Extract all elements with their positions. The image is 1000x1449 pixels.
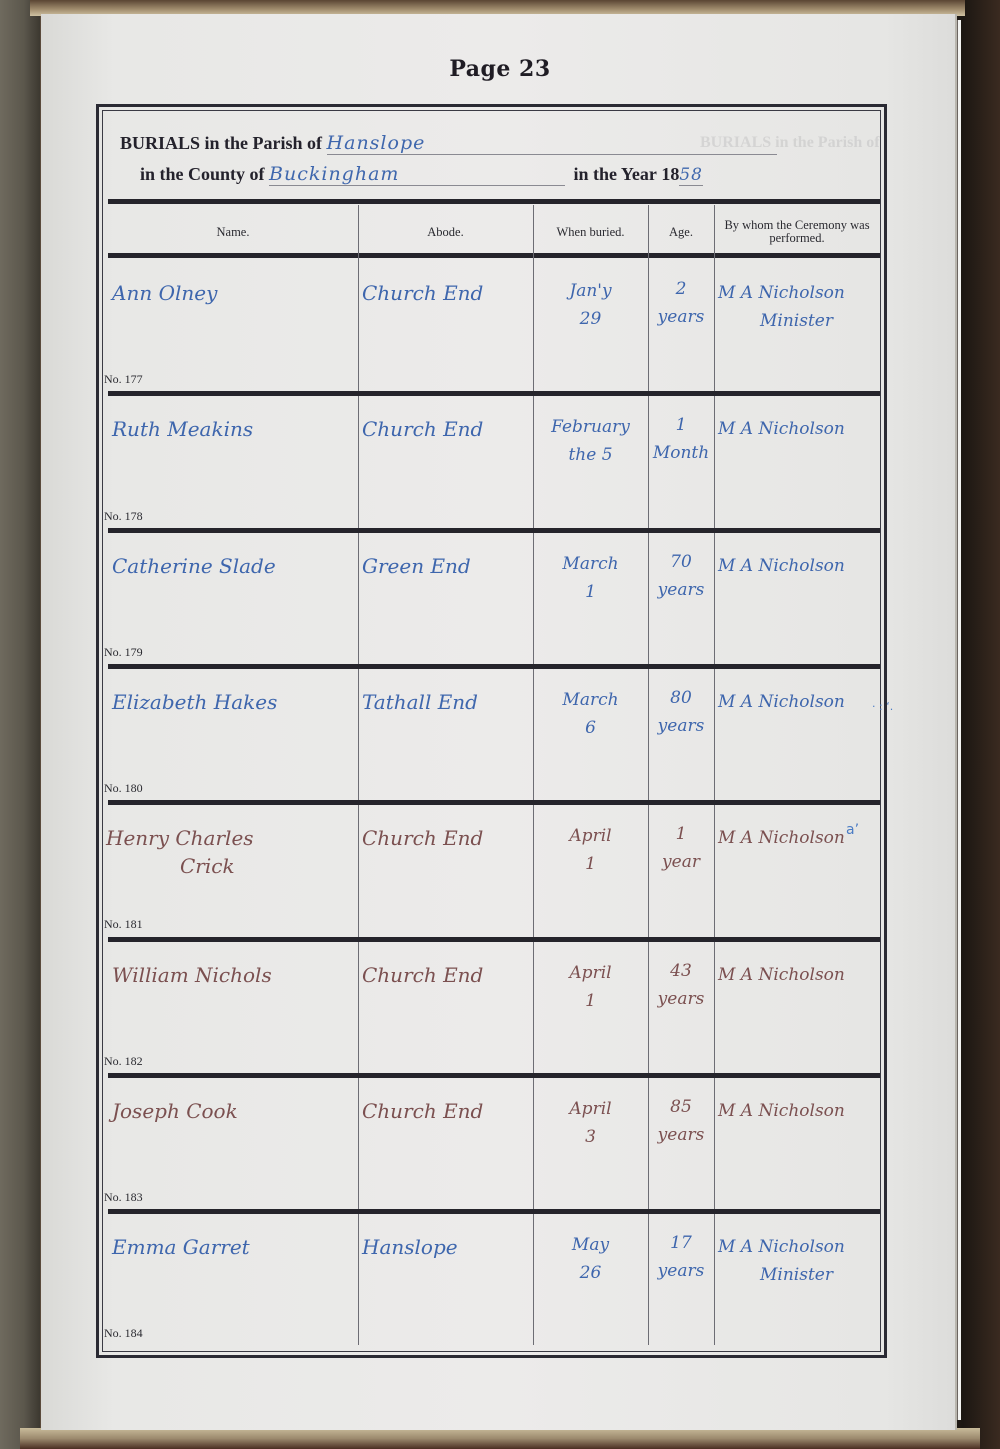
entry-number: No. 179: [104, 645, 143, 660]
table-row: Emma GarretHanslopeMay2617yearsM A Nicho…: [100, 1212, 882, 1348]
entry-when-buried-month: March: [533, 551, 648, 577]
entry-officiant-title: Minister: [760, 1262, 880, 1288]
entry-when-buried-month: April: [533, 960, 648, 986]
column-header-when-buried: When buried.: [533, 212, 648, 252]
entry-name: Emma Garret: [112, 1234, 362, 1260]
county-field: Buckingham: [269, 163, 565, 186]
entry-name: Henry Charles: [106, 825, 356, 851]
page-title: Page 23: [0, 56, 1000, 82]
heading-parish-label: in the Parish of: [205, 133, 323, 153]
entry-when-buried-day: 1: [533, 579, 648, 605]
entry-number: No. 178: [104, 509, 143, 524]
entry-abode: Church End: [362, 1098, 537, 1124]
entry-number: No. 180: [104, 781, 143, 796]
entry-abode: Church End: [362, 825, 537, 851]
heading-burials: BURIALS: [120, 133, 200, 153]
entry-age-unit: years: [648, 986, 714, 1012]
entry-age-value: 2: [648, 276, 714, 302]
entry-age-value: 17: [648, 1230, 714, 1256]
year-printed: 18: [661, 164, 679, 184]
entry-abode: Church End: [362, 280, 537, 306]
entry-name: Ann Olney: [112, 280, 362, 306]
entry-name: Ruth Meakins: [112, 416, 362, 442]
entry-abode: Green End: [362, 553, 537, 579]
entry-age-unit: years: [648, 1258, 714, 1284]
entry-when-buried-month: Jan'y: [533, 278, 648, 304]
entry-abode: Church End: [362, 962, 537, 988]
entry-abode: Hanslope: [362, 1234, 537, 1260]
parish-value: Hanslope: [327, 132, 426, 154]
year-handwritten: 58: [679, 165, 703, 185]
book-page-edges-bottom: [20, 1428, 980, 1449]
entry-when-buried-month: May: [533, 1232, 648, 1258]
page-edge: [957, 20, 961, 1420]
table-row: Henry CharlesCrickChurch EndApril11yearM…: [100, 803, 882, 939]
entry-officiant: M A Nicholson: [718, 280, 884, 306]
entry-when-buried-day: 26: [533, 1260, 648, 1286]
entry-officiant: M A Nicholson: [718, 1234, 884, 1260]
book-binding-left: [0, 0, 40, 1449]
entry-number: No. 177: [104, 372, 143, 387]
column-header-by-whom: By whom the Ceremony was performed.: [714, 212, 880, 252]
entry-officiant: M A Nicholson: [718, 962, 884, 988]
entry-name: Catherine Slade: [112, 553, 362, 579]
entry-when-buried-month: February: [533, 414, 648, 440]
entry-when-buried-day: 3: [533, 1124, 648, 1150]
entry-age-value: 1: [648, 412, 714, 438]
entry-age-unit: years: [648, 1122, 714, 1148]
heading-line-parish: BURIALS in the Parish of Hanslope: [120, 132, 777, 155]
entry-number: No. 183: [104, 1190, 143, 1205]
entry-age-unit: years: [648, 304, 714, 330]
table-row: Elizabeth HakesTathall EndMarch680yearsM…: [100, 667, 882, 803]
entry-number: No. 182: [104, 1054, 143, 1069]
entry-when-buried-day: the 5: [533, 442, 648, 468]
column-header-abode: Abode.: [358, 212, 533, 252]
entry-number: No. 181: [104, 917, 143, 932]
entry-name: Elizabeth Hakes: [112, 689, 362, 715]
entry-when-buried-month: April: [533, 1096, 648, 1122]
entry-age-value: 80: [648, 685, 714, 711]
entry-age-value: 43: [648, 958, 714, 984]
entry-officiant: M A Nicholson: [718, 689, 884, 715]
entry-when-buried-day: 1: [533, 988, 648, 1014]
entry-age-value: 1: [648, 821, 714, 847]
table-row: Catherine SladeGreen EndMarch170yearsM A…: [100, 531, 882, 667]
entry-name-line2: Crick: [180, 853, 350, 879]
entry-when-buried-day: 1: [533, 851, 648, 877]
entry-name: Joseph Cook: [112, 1098, 362, 1124]
entry-number: No. 184: [104, 1326, 143, 1341]
entry-officiant: M A Nicholson: [718, 553, 884, 579]
table-row: Joseph CookChurch EndApril385yearsM A Ni…: [100, 1076, 882, 1212]
entry-when-buried-day: 6: [533, 715, 648, 741]
entry-when-buried-month: March: [533, 687, 648, 713]
margin-ink-marks: · : ‘.: [872, 700, 893, 713]
parish-field: Hanslope: [327, 132, 777, 155]
column-header-name: Name.: [108, 212, 358, 252]
header-rule: [108, 199, 880, 204]
entry-age-unit: year: [648, 849, 714, 875]
entry-officiant: M A Nicholson: [718, 825, 884, 851]
entry-when-buried-day: 29: [533, 306, 648, 332]
table-row: Ruth MeakinsChurch EndFebruarythe 51Mont…: [100, 394, 882, 530]
column-header-age: Age.: [648, 212, 714, 252]
entry-age-unit: Month: [648, 440, 714, 466]
entry-name: William Nichols: [112, 962, 362, 988]
entry-age-unit: years: [648, 577, 714, 603]
margin-ink-marks: a’: [846, 822, 859, 838]
entry-officiant: M A Nicholson: [718, 1098, 884, 1124]
entry-abode: Tathall End: [362, 689, 537, 715]
entry-age-value: 70: [648, 549, 714, 575]
entry-age-value: 85: [648, 1094, 714, 1120]
entry-officiant: M A Nicholson: [718, 416, 884, 442]
heading-year-label: in the Year: [574, 164, 657, 184]
entry-officiant-title: Minister: [760, 308, 880, 334]
table-row: Ann OlneyChurch EndJan'y292yearsM A Nich…: [100, 258, 882, 394]
table-row: William NicholsChurch EndApril143yearsM …: [100, 940, 882, 1076]
entry-abode: Church End: [362, 416, 537, 442]
entry-when-buried-month: April: [533, 823, 648, 849]
entry-age-unit: years: [648, 713, 714, 739]
heading-county-label: in the County of: [140, 164, 265, 184]
county-value: Buckingham: [269, 163, 399, 185]
heading-line-county: in the County of Buckingham in the Year …: [140, 163, 703, 186]
